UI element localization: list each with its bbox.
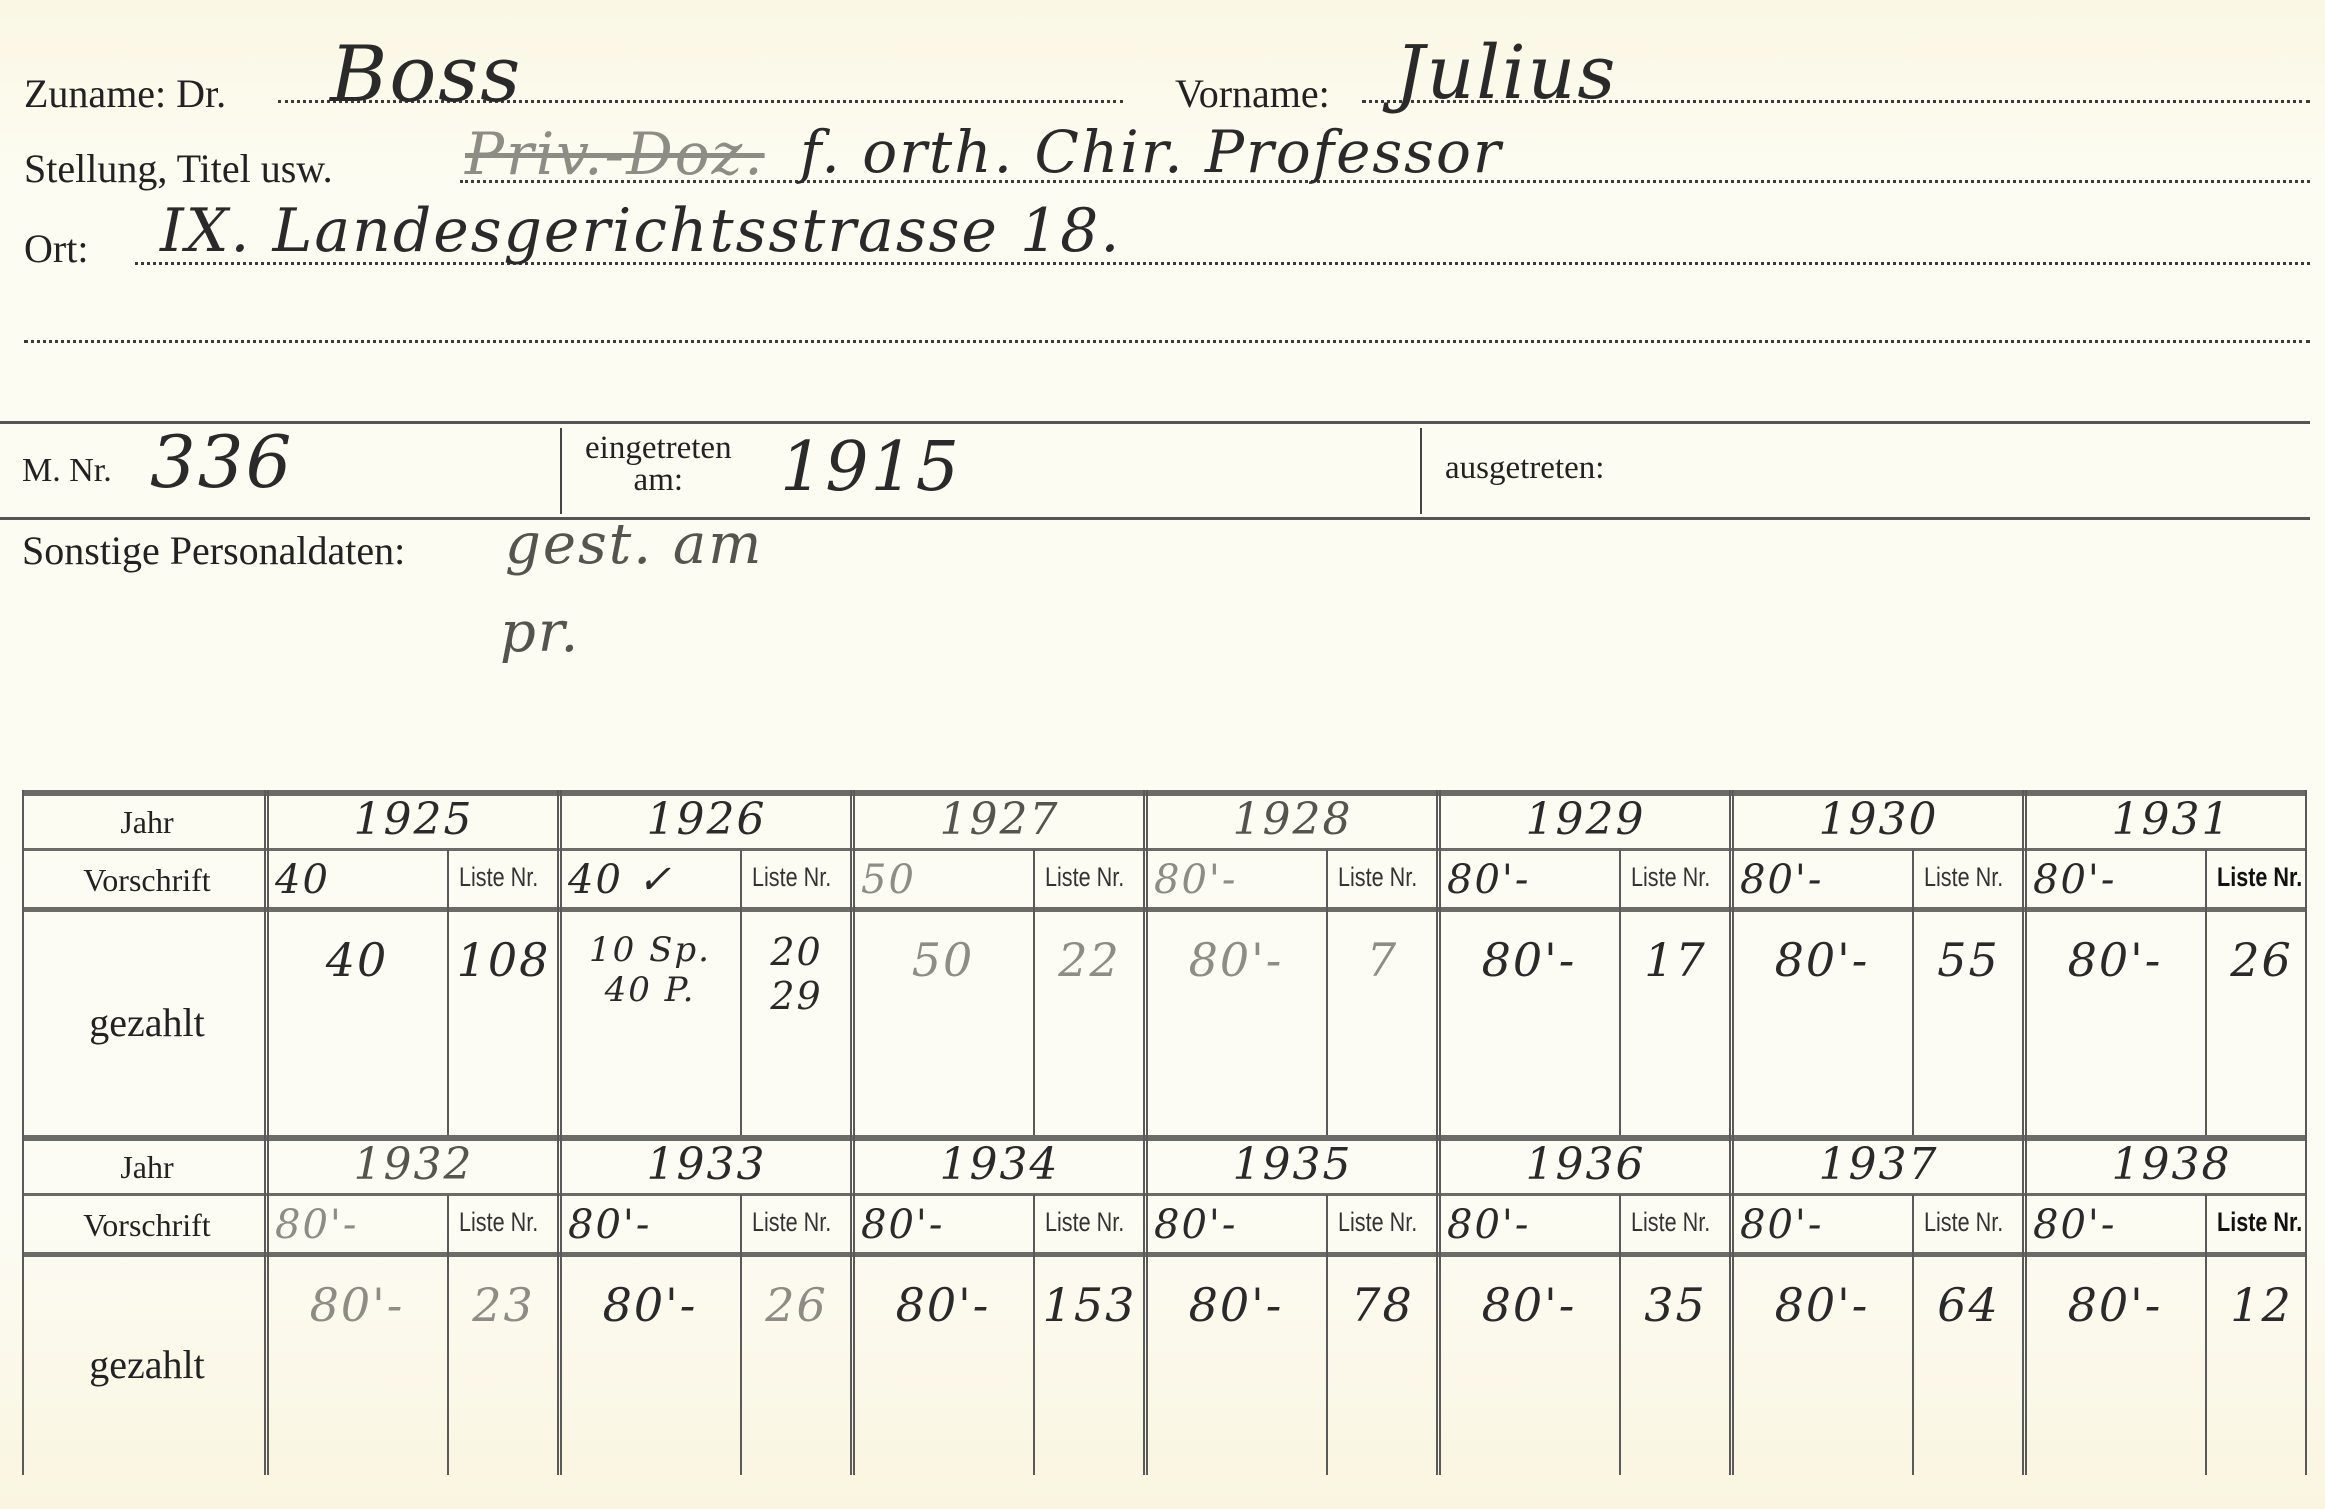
joined-label-line1: eingetreten <box>585 432 732 464</box>
rule-end <box>22 1475 2307 1478</box>
list-no-value: 64 <box>1912 1275 2025 1335</box>
list-no-value: 23 <box>447 1275 560 1335</box>
paid-value: 80'- <box>1732 930 1912 990</box>
prescribed-value: 80'- <box>2033 854 2116 906</box>
year-value: 1938 <box>2025 1137 2318 1193</box>
list-divider <box>1912 850 1914 1135</box>
joined-label-line2: am: <box>585 464 732 496</box>
position-value: f. orth. Chir. Professor <box>800 118 1503 186</box>
list-no-label: Liste Nr. <box>1631 1207 1710 1238</box>
list-no-value: 55 <box>1912 930 2025 990</box>
joined-label: eingetreten am: <box>585 432 732 496</box>
list-no-label: Liste Nr. <box>1045 1207 1124 1238</box>
prescribed-value: 40 <box>275 854 330 906</box>
list-divider <box>1619 1195 1621 1475</box>
paid-value: 10 Sp. 40 P. <box>560 930 740 1010</box>
list-no-label: Liste Nr. <box>1338 862 1417 893</box>
rule-top <box>0 421 2310 424</box>
list-no-label: Liste Nr. <box>459 862 538 893</box>
blank-line-1 <box>24 340 2310 343</box>
divider-1 <box>560 428 562 514</box>
prescribed-value: 40 ✓ <box>568 854 673 906</box>
border-left <box>22 790 24 1135</box>
list-divider <box>1619 850 1621 1135</box>
paid-value: 80'- <box>560 1275 740 1335</box>
row-label-year: Jahr <box>32 794 262 850</box>
rule-bottom <box>0 517 2310 520</box>
firstname-value: Julius <box>1395 30 1617 116</box>
list-no-label: Liste Nr. <box>752 1207 831 1238</box>
prescribed-value: 80'- <box>1154 1199 1237 1251</box>
year-value: 1932 <box>267 1137 560 1193</box>
list-no-value: 35 <box>1619 1275 1732 1335</box>
year-value: 1933 <box>560 1137 853 1193</box>
year-value: 1936 <box>1439 1137 1732 1193</box>
year-value: 1926 <box>560 792 853 848</box>
list-divider <box>1326 850 1328 1135</box>
paid-value: 80'- <box>853 1275 1033 1335</box>
list-no-label: Liste Nr. <box>752 862 831 893</box>
dues-block-1: JahrVorschriftgezahlt192540Liste Nr.4010… <box>22 790 2307 1135</box>
list-divider <box>1033 1195 1035 1475</box>
divider-2 <box>1420 428 1422 514</box>
paid-value: 80'- <box>1146 1275 1326 1335</box>
row-label-paid: gezahlt <box>32 1255 262 1475</box>
place-label: Ort: <box>24 225 88 272</box>
year-value: 1934 <box>853 1137 1146 1193</box>
list-no-label: Liste Nr. <box>2217 862 2302 893</box>
membership-card: Zuname: Dr. Boss Vorname: Julius Stellun… <box>0 0 2325 1509</box>
list-no-label: Liste Nr. <box>1924 1207 2003 1238</box>
year-value: 1927 <box>853 792 1146 848</box>
list-no-label: Liste Nr. <box>459 1207 538 1238</box>
rule-prescribed <box>22 907 2307 912</box>
prescribed-value: 80'- <box>275 1199 358 1251</box>
row-label-prescribed: Vorschrift <box>32 1195 262 1255</box>
year-value: 1937 <box>1732 1137 2025 1193</box>
list-no-value: 108 <box>447 930 560 990</box>
list-no-label: Liste Nr. <box>1045 862 1124 893</box>
other-data-line2: pr. <box>500 600 580 665</box>
year-value: 1930 <box>1732 792 2025 848</box>
row-label-prescribed: Vorschrift <box>32 850 262 910</box>
list-no-value: 78 <box>1326 1275 1439 1335</box>
list-no-value: 26 <box>740 1275 853 1335</box>
rule-year <box>22 1193 2307 1196</box>
list-no-value: 17 <box>1619 930 1732 990</box>
list-divider <box>1033 850 1035 1135</box>
list-no-label: Liste Nr. <box>1631 862 1710 893</box>
list-no-value: 153 <box>1033 1275 1146 1335</box>
paid-value: 80'- <box>1732 1275 1912 1335</box>
dues-block-2: JahrVorschriftgezahlt193280'-Liste Nr.80… <box>22 1135 2307 1475</box>
prescribed-value: 80'- <box>1740 854 1823 906</box>
list-divider <box>447 1195 449 1475</box>
joined-value: 1915 <box>780 428 961 507</box>
list-divider <box>1326 1195 1328 1475</box>
position-value-struck: Priv.-Doz. <box>465 120 765 188</box>
surname-label: Zuname: Dr. <box>24 70 226 117</box>
paid-value: 80'- <box>2025 930 2205 990</box>
paid-value: 50 <box>853 930 1033 990</box>
border-left <box>22 1135 24 1475</box>
paid-value: 40 <box>267 930 447 990</box>
list-no-label: Liste Nr. <box>2217 1207 2302 1238</box>
list-no-label: Liste Nr. <box>1924 862 2003 893</box>
paid-value: 80'- <box>1146 930 1326 990</box>
member-no-value: 336 <box>150 420 293 504</box>
position-label: Stellung, Titel usw. <box>24 145 333 192</box>
paid-value: 80'- <box>1439 930 1619 990</box>
list-no-value: 12 <box>2205 1275 2318 1335</box>
surname-value: Boss <box>330 30 522 120</box>
prescribed-value: 80'- <box>2033 1199 2116 1251</box>
member-no-label: M. Nr. <box>22 452 112 490</box>
rule-year <box>22 848 2307 851</box>
other-data-label: Sonstige Personaldaten: <box>22 527 405 574</box>
prescribed-value: 80'- <box>568 1199 651 1251</box>
prescribed-value: 50 <box>861 854 916 906</box>
list-no-value: 22 <box>1033 930 1146 990</box>
list-divider <box>447 850 449 1135</box>
paid-value: 80'- <box>267 1275 447 1335</box>
left-label: ausgetreten: <box>1445 450 1604 487</box>
rule-prescribed <box>22 1252 2307 1257</box>
firstname-label: Vorname: <box>1175 70 1330 117</box>
paid-value: 80'- <box>1439 1275 1619 1335</box>
prescribed-value: 80'- <box>1740 1199 1823 1251</box>
list-divider <box>2205 1195 2207 1475</box>
year-value: 1928 <box>1146 792 1439 848</box>
prescribed-value: 80'- <box>1154 854 1237 906</box>
place-value: IX. Landesgerichtsstrasse 18. <box>160 196 1121 266</box>
list-no-label: Liste Nr. <box>1338 1207 1417 1238</box>
list-divider <box>2205 850 2207 1135</box>
row-label-paid: gezahlt <box>32 910 262 1135</box>
list-no-value: 20 29 <box>740 930 853 1018</box>
list-divider <box>1912 1195 1914 1475</box>
other-data-line1: gest. am <box>505 512 763 577</box>
paid-value: 80'- <box>2025 1275 2205 1335</box>
row-label-year: Jahr <box>32 1139 262 1195</box>
list-divider <box>740 1195 742 1475</box>
list-no-value: 7 <box>1326 930 1439 990</box>
prescribed-value: 80'- <box>1447 854 1530 906</box>
list-no-value: 26 <box>2205 930 2318 990</box>
prescribed-value: 80'- <box>861 1199 944 1251</box>
year-value: 1931 <box>2025 792 2318 848</box>
prescribed-value: 80'- <box>1447 1199 1530 1251</box>
year-value: 1935 <box>1146 1137 1439 1193</box>
year-value: 1925 <box>267 792 560 848</box>
year-value: 1929 <box>1439 792 1732 848</box>
